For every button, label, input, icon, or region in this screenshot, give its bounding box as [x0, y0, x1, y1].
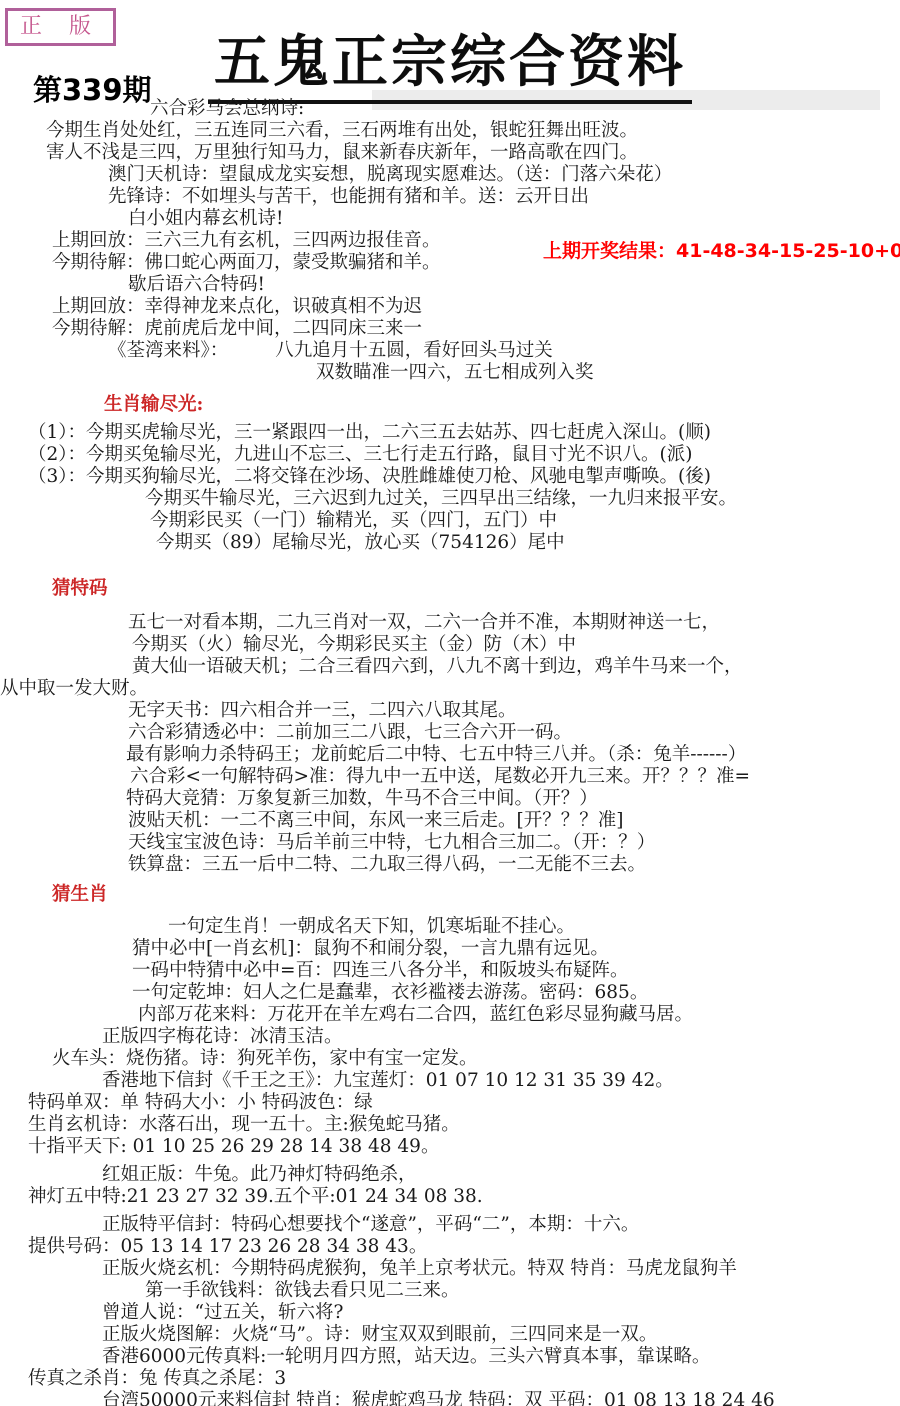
text-line: 曾道人说：“过五关，斩六将?: [0, 1302, 900, 1324]
document-body: 六合彩马会总纲诗:今期生肖处处红，三五连同三六看，三石两堆有出处，银蛇狂舞出旺波…: [0, 98, 900, 1406]
text-line: 内部万花来料：万花开在羊左鸡右二合四，蓝红色彩尽显狗藏马居。: [0, 1004, 900, 1026]
text-line: 一句定乾坤：妇人之仁是蠢辈，衣衫褴褛去游荡。密码：685。: [0, 982, 900, 1004]
text-line: 上期回放：幸得神龙来点化，识破真相不为迟: [0, 296, 900, 318]
text-line: 香港地下信封《千王之王》：九宝莲灯：01 07 10 12 31 35 39 4…: [0, 1070, 900, 1092]
text-line: 台湾50000元来料信封 特肖：猴虎蛇鸡马龙 特码：双 平码：01 08 13 …: [0, 1390, 900, 1406]
section-heading: 猜生肖: [0, 884, 900, 906]
text-line: 正版四字梅花诗：冰清玉洁。: [0, 1026, 900, 1048]
text-line: 六合彩马会总纲诗:: [0, 98, 900, 120]
text-line: 一句定生肖！一朝成名天下知，饥寒垢耻不挂心。: [0, 916, 900, 938]
text-line: 波贴天机：一二不离三中间，东风一来三后走。[开？？？准]: [0, 810, 900, 832]
text-line: 今期买（89）尾输尽光，放心买（754126）尾中: [0, 532, 900, 554]
text-line: 六合彩猜透必中：二前加三二八跟，七三合六开一码。: [0, 722, 900, 744]
text-line: （2）：今期买兔输尽光，九进山不忘三、三七行走五行路，鼠目寸光不识八。(派): [0, 444, 900, 466]
text-line: 神灯五中特:21 23 27 32 39.五个平:01 24 34 08 38.: [0, 1186, 900, 1208]
text-line: 澳门天机诗：望鼠成龙实妄想，脱离现实愿难达。（送：门落六朵花）: [0, 164, 900, 186]
text-line: 铁算盘：三五一后中二特、二九取三得八码，一二无能不三去。: [0, 854, 900, 876]
text-line: 红姐正版：牛兔。此乃神灯特码绝杀，: [0, 1164, 900, 1186]
text-line: 双数瞄准一四六，五七相成列入奖: [0, 362, 900, 384]
text-line: 提供号码：05 13 14 17 23 26 28 34 38 43。: [0, 1236, 900, 1258]
text-line: 第一手欲钱料：欲钱去看只见二三来。: [0, 1280, 900, 1302]
section-heading: 生肖输尽光:: [0, 394, 900, 416]
text-line: 最有影响力杀特码王；龙前蛇后二中特、七五中特三八并。（杀：兔羊------）: [0, 744, 900, 766]
text-line: 无字天书：四六相合并一三，二四六八取其尾。: [0, 700, 900, 722]
text-line: 正版特平信封：特码心想要找个“遂意”，平码“二”，本期：十六。: [0, 1214, 900, 1236]
text-line: 《荃湾来料》： 八九追月十五圆，看好回头马过关: [0, 340, 900, 362]
text-line: 香港6000元传真料:一轮明月四方照，站天边。三头六臂真本事，靠谋略。: [0, 1346, 900, 1368]
text-line: 猜中必中[一肖玄机]：鼠狗不和闹分裂，一言九鼎有远见。: [0, 938, 900, 960]
text-line: 今期买（火）输尽光，今期彩民买主（金）防（木）中: [0, 634, 900, 656]
text-line: 正版火烧玄机：今期特码虎猴狗，兔羊上京考状元。特双 特肖：马虎龙鼠狗羊: [0, 1258, 900, 1280]
text-line: 六合彩<一句解特码>准：得九中一五中送，尾数必开九三来。开？？？准=: [0, 766, 900, 788]
text-line: 今期生肖处处红，三五连同三六看，三石两堆有出处，银蛇狂舞出旺波。: [0, 120, 900, 142]
text-line: 生肖玄机诗：水落石出，现一五十。主:猴兔蛇马猪。: [0, 1114, 900, 1136]
text-line: 五七一对看本期，二九三肖对一双，二六一合并不准，本期财神送一七，: [0, 612, 900, 634]
text-line: 白小姐内幕玄机诗!: [0, 208, 900, 230]
text-line: 黄大仙一语破天机；二合三看四六到，八九不离十到边，鸡羊牛马来一个，: [0, 656, 900, 678]
text-line: 十指平天下: 01 10 25 26 29 28 14 38 48 49。: [0, 1136, 900, 1158]
text-line: （3）：今期买狗输尽光，二将交锋在沙场、决胜雌雄使刀枪、风驰电掣声嘶唤。(後): [0, 466, 900, 488]
text-line: （1）：今期买虎输尽光，三一紧跟四一出，二六三五去姑苏、四七赶虎入深山。(顺): [0, 422, 900, 444]
text-line: 特码大竞猜：万象复新三加数，牛马不合三中间。（开？）: [0, 788, 900, 810]
text-line: 今期彩民买（一门）输精光，买（四门，五门）中: [0, 510, 900, 532]
text-line: 天线宝宝波色诗：马后羊前三中特，七九相合三加二。（开：？）: [0, 832, 900, 854]
text-line: 从中取一发大财。: [0, 678, 900, 700]
text-line: 正版火烧图解：火烧“马”。诗：财宝双双到眼前，三四同来是一双。: [0, 1324, 900, 1346]
text-line: 今期买牛输尽光，三六迟到九过关，三四早出三结缘，一九归来报平安。: [0, 488, 900, 510]
section-heading: 猜特码: [0, 578, 900, 600]
last-draw-result: 上期开奖结果：41-48-34-15-25-10+08: [543, 236, 900, 263]
text-line: 歇后语六合特码!: [0, 274, 900, 296]
text-line: 特码单双：单 特码大小：小 特码波色：绿: [0, 1092, 900, 1114]
text-line: 害人不浅是三四，万里独行知马力，鼠来新春庆新年，一路高歌在四门。: [0, 142, 900, 164]
text-line: 一码中特猜中必中=百：四连三八各分半，和阪坡头布疑阵。: [0, 960, 900, 982]
text-line: 先锋诗：不如埋头与苦干，也能拥有猪和羊。送：云开日出: [0, 186, 900, 208]
page-title: 五鬼正宗综合资料: [208, 18, 692, 104]
text-line: 传真之杀肖：兔 传真之杀尾：3: [0, 1368, 900, 1390]
text-line: 火车头：烧伤猪。诗：狗死羊伤，家中有宝一定发。: [0, 1048, 900, 1070]
text-line: 今期待解：虎前虎后龙中间，二四同床三来一: [0, 318, 900, 340]
